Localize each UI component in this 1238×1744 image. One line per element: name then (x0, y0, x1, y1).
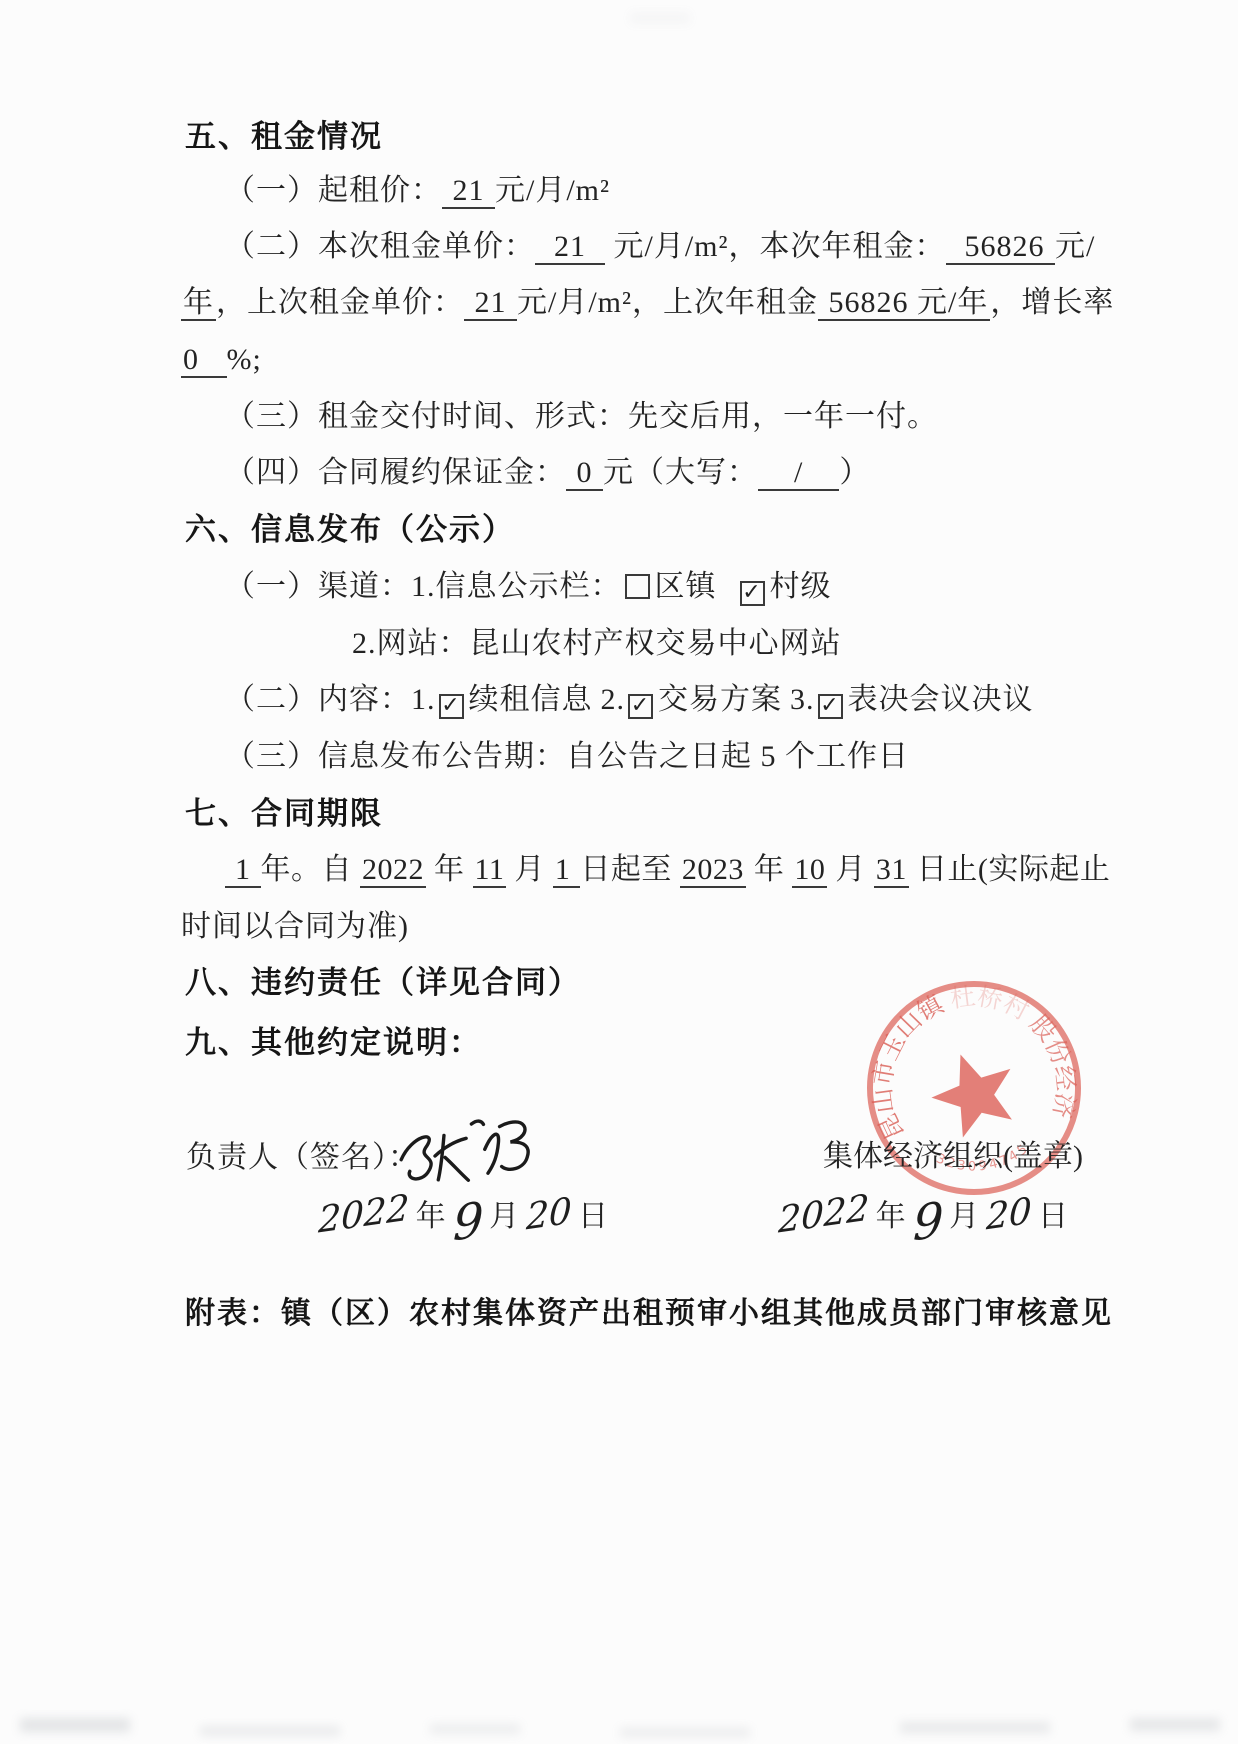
vote-resolution-label: 表决会议决议 (848, 683, 1034, 716)
content-item1-number: 1. (411, 683, 436, 716)
end-day: 31 (874, 853, 909, 888)
prev-rent-label: ，上次租金单价： (216, 286, 464, 319)
start-year: 2022 (360, 853, 426, 888)
line-deposit: （四）合同履约保证金： 0 元（大写： / ） (225, 454, 870, 492)
line-growth-rate: 0 %; (181, 341, 262, 379)
stamp-star-icon (921, 1040, 1027, 1143)
left-date-year-handwritten: 2022 (318, 1185, 410, 1243)
base-rent-label: （一）起租价： (225, 174, 442, 207)
right-date-year-handwritten: 2022 (778, 1185, 870, 1243)
renewal-info-label: 续租信息 (469, 683, 593, 716)
line-base-rent-price: （一）起租价： 21 元/月/m² (225, 172, 610, 210)
term-years: 1 (225, 853, 261, 888)
base-rent-unit: 元/月/m² (495, 174, 610, 207)
checkbox-vote-resolution-checked: ✓ (818, 694, 843, 719)
content-item3-number: 3. (790, 683, 815, 716)
end-year: 2023 (680, 853, 746, 888)
line-publish-period: （三）信息发布公告期：自公告之日起 5 个工作日 (225, 738, 909, 776)
section7-title: 七、合同期限 (185, 795, 383, 834)
term-t1: 年。自 (261, 853, 361, 886)
left-date-day-char: 日 (578, 1200, 609, 1233)
section9-title: 九、其他约定说明： (185, 1024, 482, 1063)
deposit-mid: 元（大写： (603, 456, 758, 489)
content-label: （二）内容： (225, 683, 411, 716)
term-t3: 月 (506, 853, 553, 886)
current-rent-tail: 元/ (1055, 230, 1095, 263)
line-contract-term-cont: 时间以合同为准) (181, 908, 409, 946)
current-annual-rent: 56826 (946, 230, 1056, 265)
term-t6: 月 (827, 853, 874, 886)
growth-rate-value: 0 (181, 343, 227, 378)
line-current-rent: （二）本次租金单价： 21 元/月/m²，本次年租金： 56826 元/ (225, 228, 1095, 266)
appendix-note: 附表：镇（区）农村集体资产出租预审小组其他成员部门审核意见 (185, 1295, 1113, 1333)
prev-annual-rent: 56826 元/年 (818, 286, 990, 321)
section5-title: 五、租金情况 (185, 118, 383, 157)
line-publish-website: 2.网站：昆山农村产权交易中心网站 (352, 625, 842, 663)
deposit-label: （四）合同履约保证金： (225, 456, 566, 489)
deposit-tail: ） (839, 456, 870, 489)
content-item2-number: 2. (601, 683, 626, 716)
checkbox-trade-plan-checked: ✓ (628, 694, 653, 719)
scan-bleed-4 (620, 1728, 750, 1737)
checkbox-village-checked: ✓ (740, 581, 765, 606)
checkbox-renewal-info-checked: ✓ (439, 694, 464, 719)
deposit-capital-blank: / (758, 456, 839, 491)
scanned-document-page: 五、租金情况 （一）起租价： 21 元/月/m² （二）本次租金单价： 21 元… (0, 0, 1238, 1744)
deposit-value: 0 (566, 456, 603, 491)
section6-title: 六、信息发布（公示） (185, 511, 515, 550)
term-t4: 日起至 (580, 853, 680, 886)
prev-rent-wrap-char: 年 (181, 286, 216, 321)
line-contract-term: 1 年。自 2022 年 11 月 1 日起至 2023 年 10 月 31 日… (225, 851, 1110, 889)
scan-bleed-2 (200, 1726, 340, 1736)
scan-bleed-3 (430, 1724, 520, 1734)
village-label: 村级 (770, 570, 832, 603)
current-rent-mid: 元/月/m²，本次年租金： (605, 230, 946, 263)
term-t2: 年 (426, 853, 473, 886)
right-date-day-char: 日 (1038, 1200, 1069, 1233)
base-rent-value: 21 (442, 174, 495, 209)
scan-smudge-top (630, 12, 690, 24)
line-payment-terms: （三）租金交付时间、形式：先交后用，一年一付。 (225, 398, 938, 436)
scan-bleed-1 (20, 1718, 130, 1732)
end-month: 10 (792, 853, 827, 888)
growth-rate-label: ，增长率 (990, 286, 1114, 319)
current-rent-unit-price: 21 (535, 230, 605, 265)
district-town-label: 区镇 (655, 570, 717, 603)
left-date-month-char: 月 (489, 1200, 520, 1233)
scan-bleed-5 (900, 1722, 1050, 1733)
left-date-year-char: 年 (416, 1200, 447, 1233)
prev-rent-mid: 元/月/m²，上次年租金 (517, 286, 818, 319)
prev-rent-unit-price: 21 (464, 286, 517, 321)
right-date-month-handwritten: 9 (912, 1189, 944, 1254)
line-previous-rent: 年，上次租金单价： 21 元/月/m²，上次年租金 56826 元/年，增长率 (181, 284, 1114, 322)
right-date-year-char: 年 (876, 1200, 907, 1233)
trade-plan-label: 交易方案 (658, 683, 782, 716)
start-day: 1 (553, 853, 581, 888)
org-seal-label: 集体经济组织(盖章) (823, 1138, 1083, 1176)
channel-label: （一）渠道：1.信息公示栏： (225, 570, 622, 603)
right-sign-date: 2022年9月20日 (778, 1192, 1075, 1252)
start-month: 11 (473, 853, 507, 888)
right-date-day-handwritten: 20 (986, 1188, 1033, 1240)
checkbox-district-town-unchecked (625, 574, 650, 599)
term-t7: 日止(实际起止 (909, 853, 1111, 886)
left-date-day-handwritten: 20 (526, 1188, 573, 1240)
scan-bleed-6 (1130, 1718, 1220, 1731)
term-t5: 年 (746, 853, 793, 886)
current-rent-label: （二）本次租金单价： (225, 230, 535, 263)
section8-title: 八、违约责任（详见合同） (185, 964, 581, 1003)
growth-rate-percent: %; (227, 343, 262, 376)
right-date-month-char: 月 (949, 1200, 980, 1233)
left-sign-date: 2022年9月20日 (318, 1192, 615, 1252)
line-publish-content: （二）内容：1.✓续租信息2.✓交易方案3.✓表决会议决议 (225, 681, 1034, 719)
line-publish-channel: （一）渠道：1.信息公示栏：区镇✓村级 (225, 568, 832, 606)
left-date-month-handwritten: 9 (452, 1189, 484, 1254)
